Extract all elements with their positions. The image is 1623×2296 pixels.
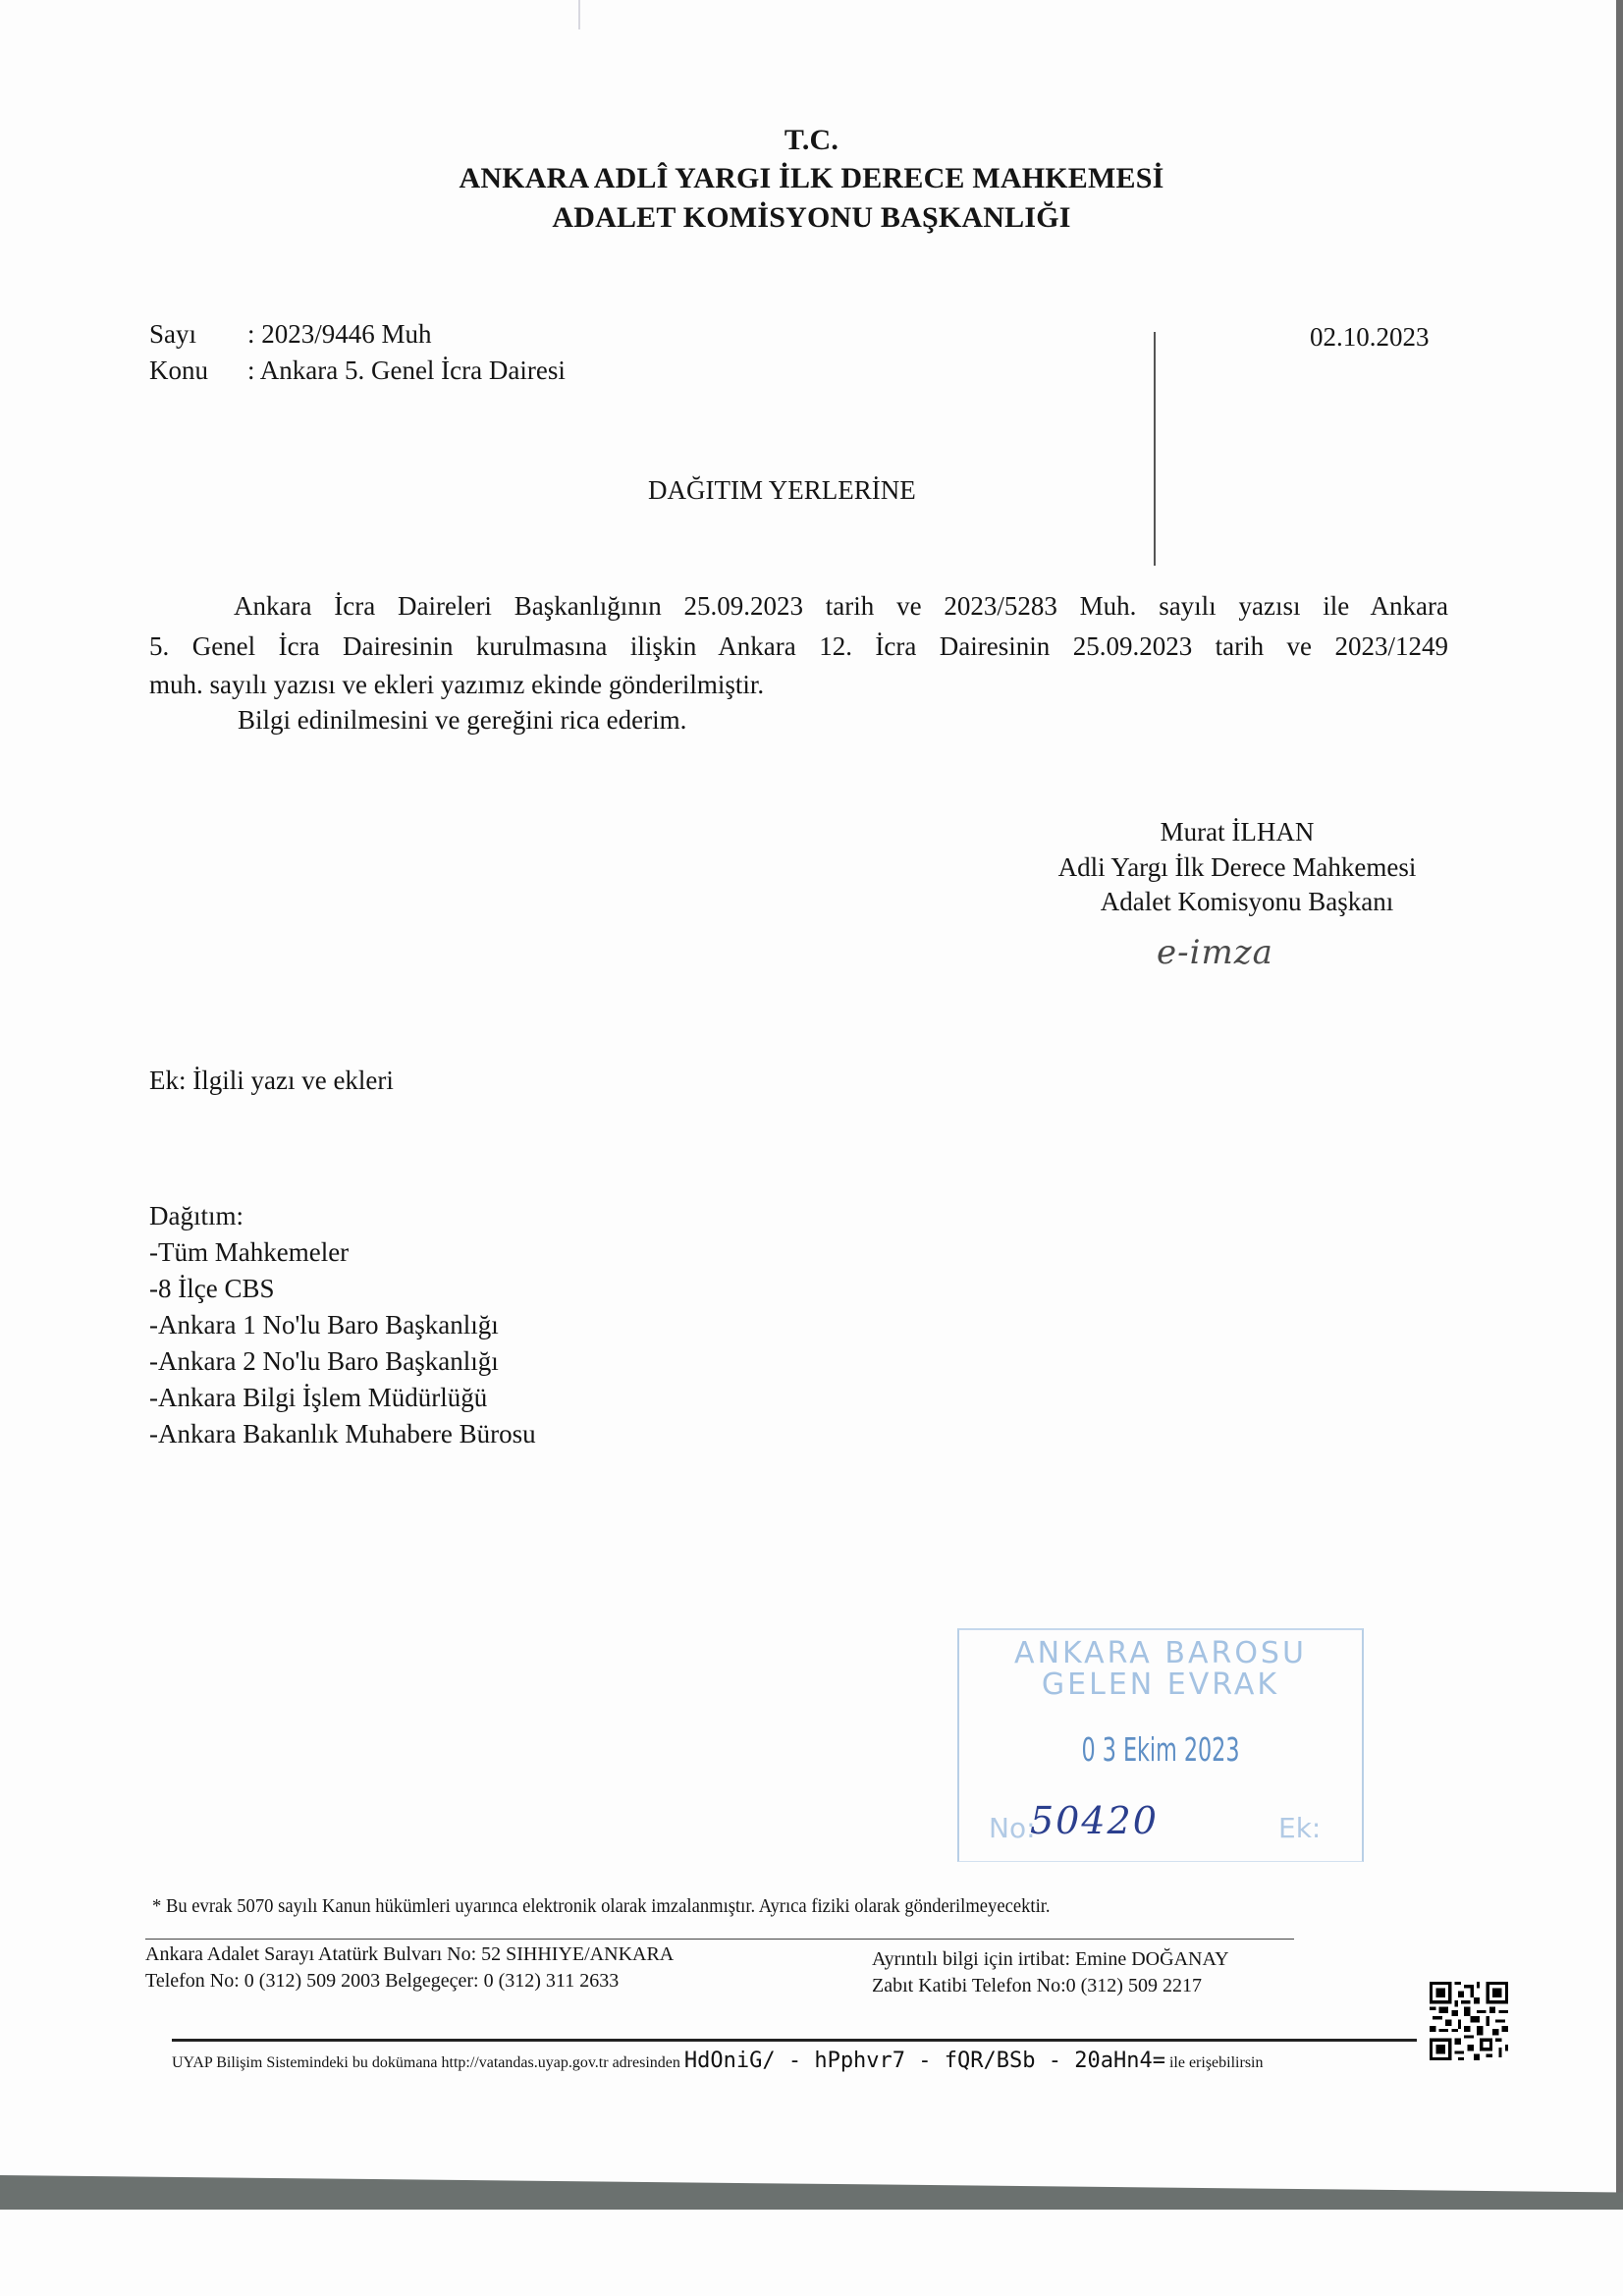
vertical-rule <box>1154 332 1156 566</box>
distribution-list: Dağıtım: -Tüm Mahkemeler -8 İlçe CBS -An… <box>149 1198 536 1452</box>
uyap-access-code: HdOniG/ - hPphvr7 - fQR/BSb - 20aHn4= <box>684 2049 1165 2073</box>
esign-footnote: * Bu evrak 5070 sayılı Kanun hükümleri u… <box>152 1895 1051 1918</box>
uyap-divider <box>172 2039 1417 2042</box>
body-line-3: muh. sayılı yazısı ve ekleri yazımız eki… <box>149 668 764 701</box>
recipient: DAĞITIM YERLERİNE <box>648 475 916 506</box>
konu-value: : Ankara 5. Genel İcra Dairesi <box>247 355 566 385</box>
sayi-label: Sayı <box>149 319 247 350</box>
konu-label: Konu <box>149 355 247 386</box>
uyap-access-line: UYAP Bilişim Sistemindeki bu dokümana ht… <box>172 2049 1263 2073</box>
stamp-type: GELEN EVRAK <box>959 1667 1362 1702</box>
footer-divider <box>145 1939 1294 1940</box>
stamp-no-label: No: <box>989 1812 1036 1844</box>
footer-contact: Ayrıntılı bilgi için irtibat: Emine DOĞA… <box>872 1946 1229 1973</box>
list-item: -8 İlçe CBS <box>149 1271 536 1307</box>
sayi-value: : 2023/9446 Muh <box>247 319 432 349</box>
qr-code-icon <box>1430 1982 1508 2060</box>
list-item: -Ankara 1 No'lu Baro Başkanlığı <box>149 1307 536 1343</box>
stamp-date: 0 3 Ekim 2023 <box>1009 1730 1312 1769</box>
received-stamp: ANKARA BAROSU GELEN EVRAK 0 3 Ekim 2023 … <box>957 1628 1364 1862</box>
list-item: -Ankara Bilgi İşlem Müdürlüğü <box>149 1380 536 1416</box>
signatory-title-2: Adalet Komisyonu Başkanı <box>1031 887 1463 917</box>
e-signature-mark: e-imza <box>1157 933 1273 972</box>
attachment-note: Ek: İlgili yazı ve ekleri <box>149 1066 394 1096</box>
list-item: -Tüm Mahkemeler <box>149 1234 536 1271</box>
list-item: -Ankara Bakanlık Muhabere Bürosu <box>149 1416 536 1452</box>
scan-artifact <box>578 0 580 29</box>
list-item: -Ankara 2 No'lu Baro Başkanlığı <box>149 1343 536 1380</box>
document-date: 02.10.2023 <box>1310 322 1430 353</box>
stamp-ek-label: Ek: <box>1278 1812 1321 1844</box>
stamp-no-value: 50420 <box>1030 1799 1159 1842</box>
sayi-row: Sayı: 2023/9446 Muh <box>149 319 432 350</box>
uyap-prefix: UYAP Bilişim Sistemindeki bu dokümana ht… <box>172 2054 680 2071</box>
header-court: ANKARA ADLÎ YARGI İLK DERECE MAHKEMESİ <box>0 162 1623 195</box>
signatory-name: Murat İLHAN <box>1021 817 1453 847</box>
body-line-2: 5. Genel İcra Dairesinin kurulmasına ili… <box>149 631 1448 662</box>
header-tc: T.C. <box>0 124 1623 157</box>
signatory-title-1: Adli Yargı İlk Derece Mahkemesi <box>1021 852 1453 883</box>
header-commission: ADALET KOMİSYONU BAŞKANLIĞI <box>0 201 1623 235</box>
body-line-1: Ankara İcra Daireleri Başkanlığının 25.0… <box>234 591 1448 622</box>
konu-row: Konu: Ankara 5. Genel İcra Dairesi <box>149 355 566 386</box>
scan-edge-right <box>1616 0 1623 2210</box>
footer-clerk: Zabıt Katibi Telefon No:0 (312) 509 2217 <box>872 1973 1202 1999</box>
uyap-suffix: ile erişebilirsin <box>1169 2054 1264 2071</box>
footer-address: Ankara Adalet Sarayı Atatürk Bulvarı No:… <box>145 1941 674 1968</box>
distribution-title: Dağıtım: <box>149 1198 536 1234</box>
body-line-4: Bilgi edinilmesini ve gereğini rica eder… <box>238 703 686 737</box>
footer-phones: Telefon No: 0 (312) 509 2003 Belgegeçer:… <box>145 1968 619 1995</box>
stamp-org: ANKARA BAROSU <box>959 1636 1362 1670</box>
